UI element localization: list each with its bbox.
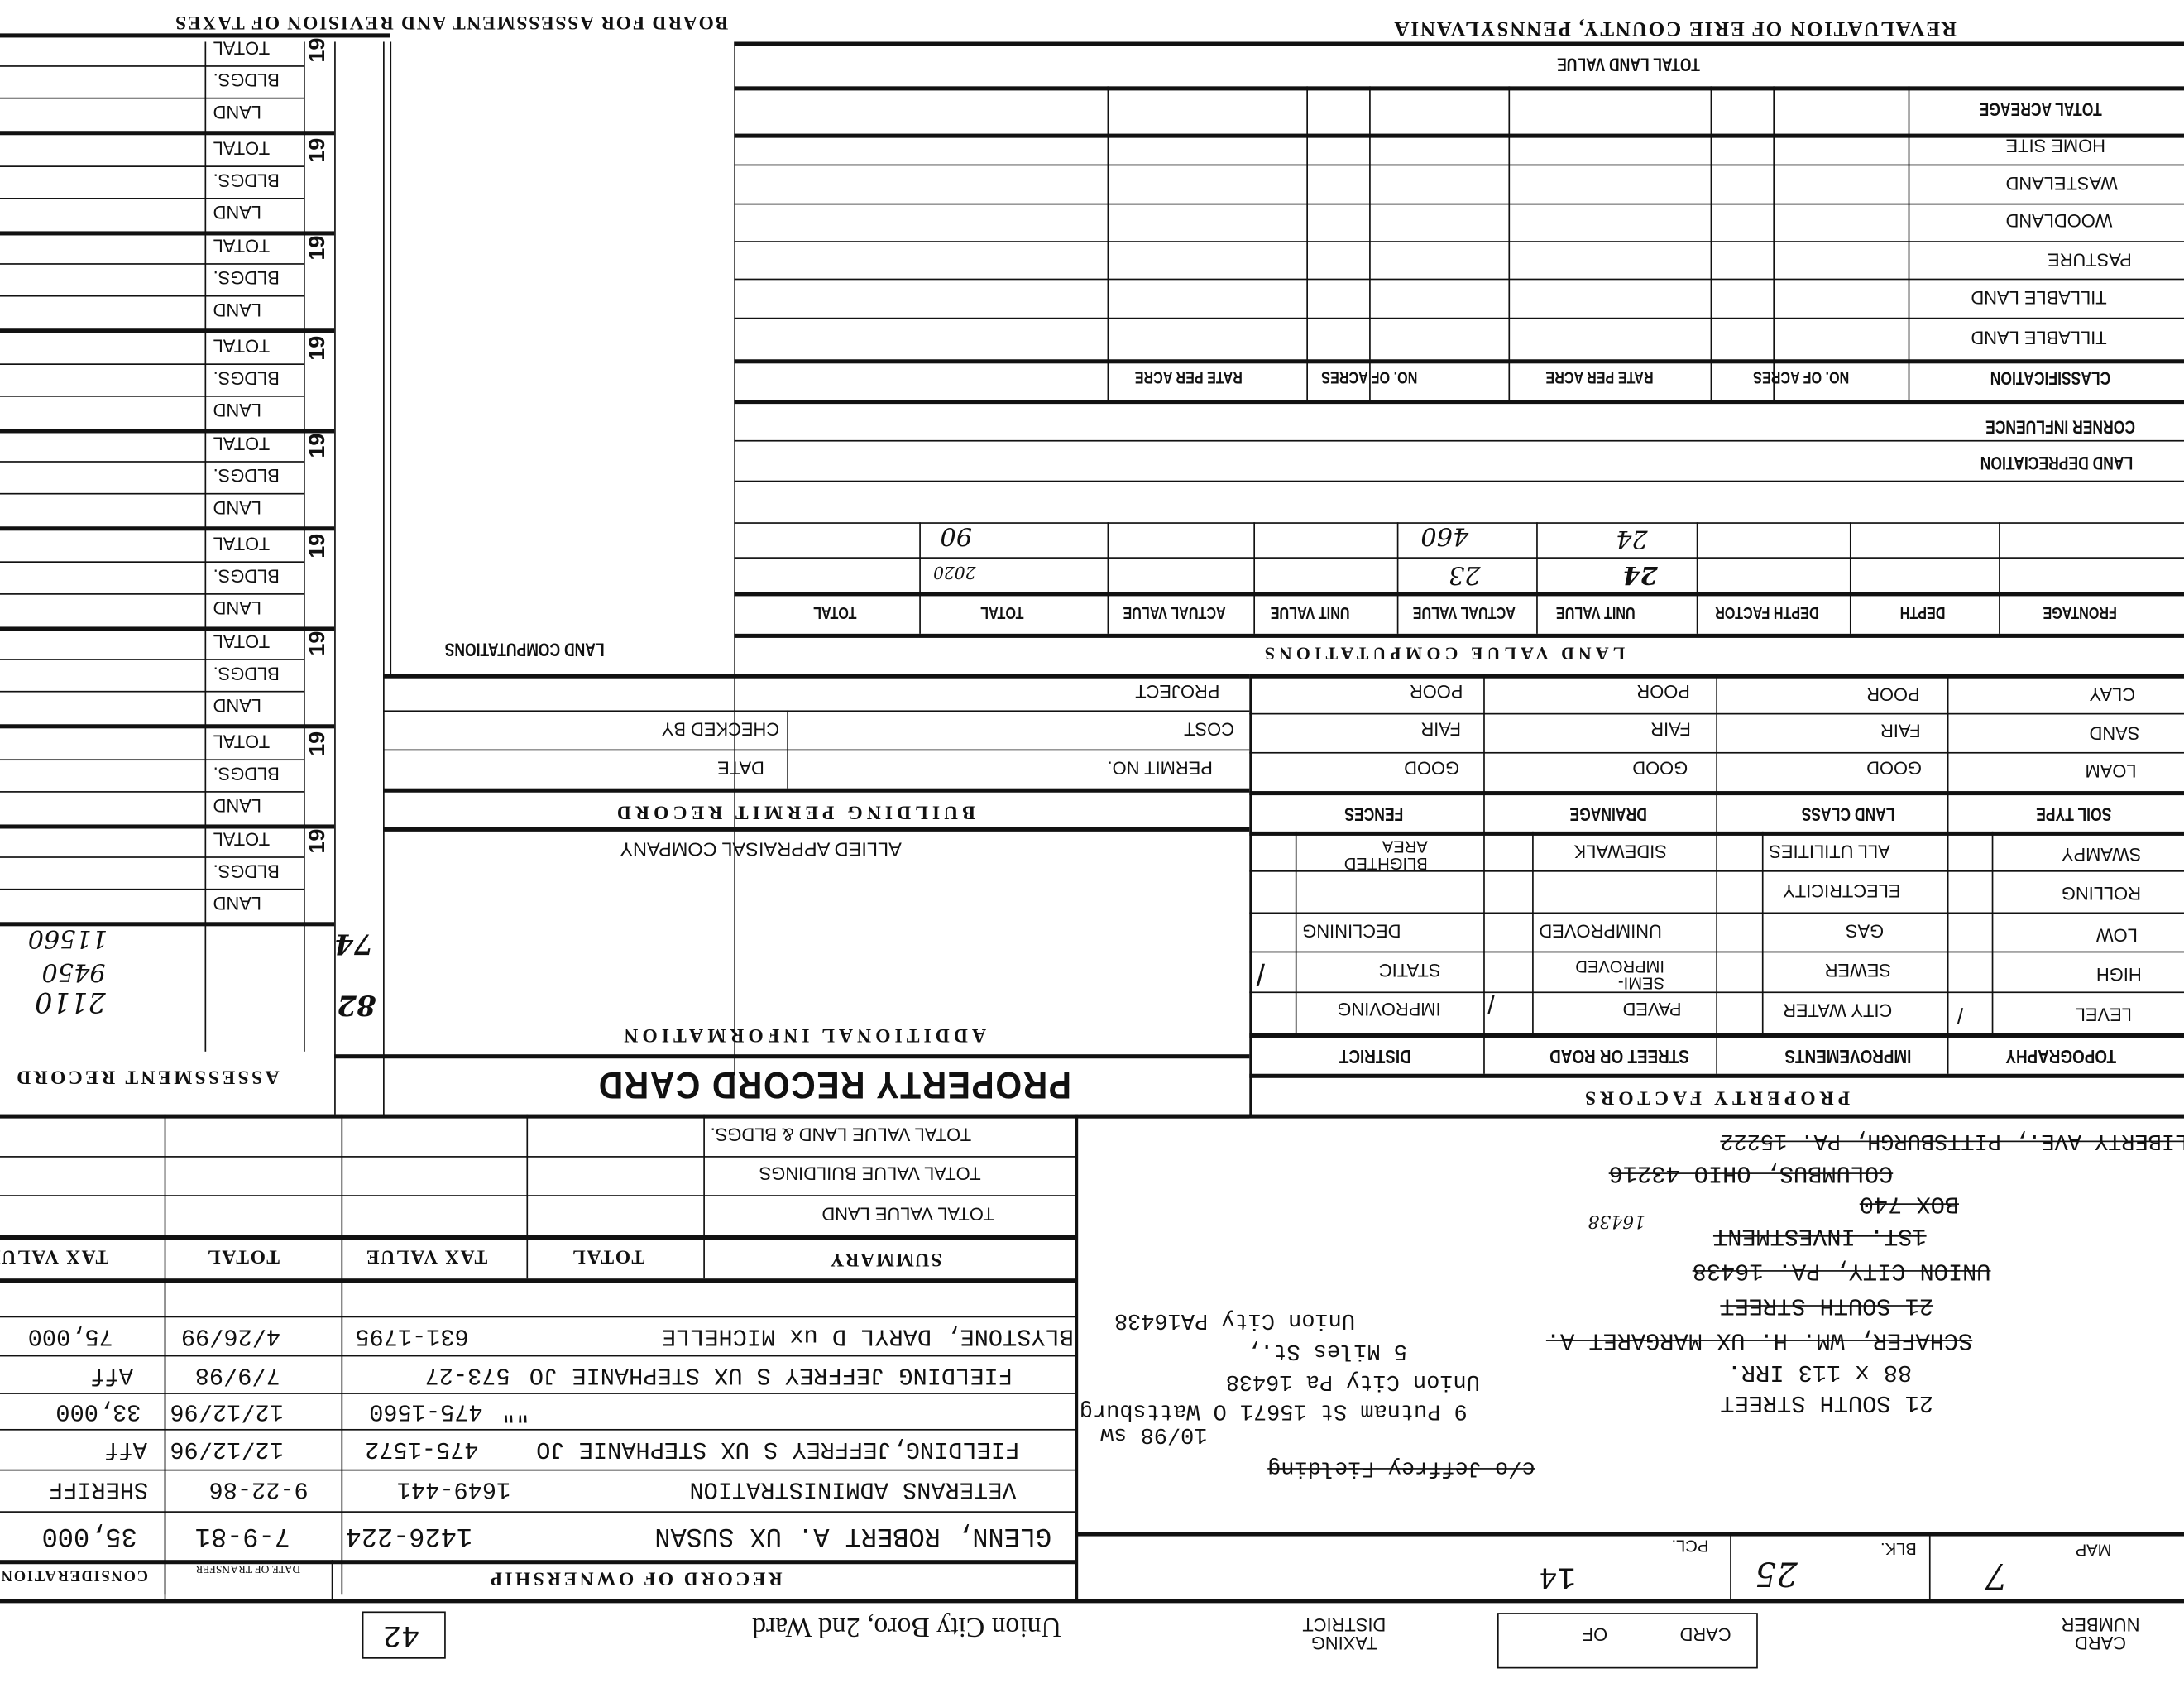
lvc-total-1: 2020 xyxy=(933,564,975,581)
assessment-row-label: TOTAL xyxy=(213,39,271,57)
assessment-year-prefix: 19 xyxy=(308,631,330,656)
row-pasture: PASTURE xyxy=(2047,251,2132,269)
assessment-row-label: BLDGS. xyxy=(213,664,280,683)
ownership-deed: 1649-441 xyxy=(397,1476,510,1500)
street-sidewalk: SIDEWALK xyxy=(1574,842,1667,861)
fences-good: GOOD xyxy=(1404,759,1459,777)
ownership-name: FIELDING,JEFFREY S UX STEPHANIE JO xyxy=(536,1436,1019,1460)
lvc-actual-value-1: 23 xyxy=(1449,561,1481,586)
soil-sand: SAND xyxy=(2090,724,2140,742)
ownership-consideration: 35,000 xyxy=(42,1523,137,1549)
assessment-row-label: LAND xyxy=(213,894,261,913)
ownership-consideration: 75,000 xyxy=(28,1323,113,1347)
assessment-row-label: TOTAL xyxy=(213,632,271,650)
ownership-deed: 1426-224 xyxy=(346,1523,473,1549)
ownership-consideration: 33,000 xyxy=(55,1398,141,1422)
soil-loam: LOAM xyxy=(2085,762,2136,780)
assessment-year-prefix: 19 xyxy=(308,434,330,458)
consideration-header: CONSIDERATION xyxy=(0,1567,148,1583)
assessment-year-prefix: 19 xyxy=(308,336,330,361)
summary-tax-value-header-1: TAX VALUE xyxy=(365,1245,487,1265)
additional-info-title: ADDITIONAL INFORMATION xyxy=(620,1024,986,1043)
landclass-poor: POOR xyxy=(1866,685,1919,703)
assessment-row-label: BLDGS. xyxy=(213,71,280,89)
ownership-name: FIELDING JEFFREY S UX STEPHANIE JO xyxy=(529,1362,1013,1386)
header-rate-per-acre-2: RATE PER ACRE xyxy=(1135,369,1243,386)
company-name: ALLIED APPRAISAL COMPANY xyxy=(620,840,902,860)
assessment-row-label: LAND xyxy=(213,499,261,517)
ownership-name: GLENN, ROBERT A. UX SUSAN xyxy=(654,1523,1051,1549)
impr-gas: GAS xyxy=(1846,922,1884,940)
assessment-row-label: LAND xyxy=(213,697,261,715)
ownership-date: 12/12/96 xyxy=(170,1398,283,1422)
row-woodland: WOODLAND xyxy=(2006,212,2113,230)
row-tillable-land-1: TILLABLE LAND xyxy=(1971,328,2106,347)
header-no-of-acres-1: NO. OF ACRES xyxy=(1753,369,1849,386)
assessment-bldgs-value: 9450 xyxy=(42,958,106,983)
assessment-row-label: TOTAL xyxy=(213,434,271,453)
header-unit-value-2: UNIT VALUE xyxy=(1271,605,1350,621)
header-classification: CLASSIFICATION xyxy=(1990,369,2111,387)
ownership-consideration: SHERIFF xyxy=(49,1476,148,1500)
topo-low: LOW xyxy=(2096,926,2138,944)
header-rate-per-acre-1: RATE PER ACRE xyxy=(1545,369,1653,386)
assessment-year-prefix: 19 xyxy=(308,236,330,261)
stamp-number: 42 xyxy=(383,1618,419,1649)
taxing-district-value: Union City Boro, 2nd Ward xyxy=(752,1613,1061,1641)
header-total-2: TOTAL xyxy=(813,605,856,621)
card-title: PROPERTY RECORD CARD xyxy=(597,1066,1071,1103)
cost-label: COST xyxy=(1184,720,1234,738)
ownership-name: VETERANS ADMINISTRATION xyxy=(689,1476,1016,1500)
current-owner-line: 5 Miles St., xyxy=(1247,1340,1407,1362)
district-static: STATIC xyxy=(1379,961,1441,979)
project-label: PROJECT xyxy=(1135,683,1219,701)
blk-label: BLK. xyxy=(1880,1541,1917,1557)
topography-header: TOPOGRAPHY xyxy=(2005,1048,2116,1067)
summary-tax-value-header-2: TAX VALUE xyxy=(0,1245,108,1265)
summary-total-land-bldgs: TOTAL VALUE LAND & BLDGS. xyxy=(711,1125,971,1144)
assessment-year-prefix: 19 xyxy=(308,38,330,63)
row-home-site: HOME SITE xyxy=(2006,137,2105,155)
lvc-title: LAND VALUE COMPUTATIONS xyxy=(1261,645,1625,663)
header-actual-value-2: ACTUAL VALUE xyxy=(1123,605,1225,621)
assessment-year-82: 82 xyxy=(337,991,376,1019)
row-total-acreage: TOTAL ACREAGE xyxy=(1980,100,2102,118)
row-wasteland: WASTELAND xyxy=(2006,174,2118,192)
soil-clay: CLAY xyxy=(2090,685,2136,703)
assessment-row-label: LAND xyxy=(213,797,261,815)
assessment-row-label: TOTAL xyxy=(213,732,271,750)
district-blighted-area: BLIGHTED AREA xyxy=(1302,838,1428,871)
assessment-year-prefix: 19 xyxy=(308,731,330,756)
card-of-box[interactable]: CARD OF xyxy=(1497,1613,1758,1668)
district-declining: DECLINING xyxy=(1302,922,1401,940)
topo-high: HIGH xyxy=(2096,965,2142,983)
assessment-row-label: LAND xyxy=(213,204,261,222)
date-label: DATE xyxy=(717,759,764,777)
header-unit-value-1: UNIT VALUE xyxy=(1556,605,1636,621)
district-improving: IMPROVING xyxy=(1337,1000,1440,1019)
street-or-road-header: STREET OR ROAD xyxy=(1549,1048,1689,1067)
map-label: MAP xyxy=(2076,1542,2112,1558)
assessment-row-label: LAND xyxy=(213,599,261,617)
header-depth: DEPTH xyxy=(1900,605,1946,621)
handwritten-zip: 16438 xyxy=(1588,1211,1645,1230)
owner-line: 1ST. INVESTMENT xyxy=(1713,1223,1927,1247)
impr-sewer: SEWER xyxy=(1825,961,1891,979)
improvements-header: IMPROVEMENTS xyxy=(1784,1048,1911,1067)
landclass-fair: FAIR xyxy=(1880,722,1921,740)
assessment-row-label: BLDGS. xyxy=(213,269,280,287)
ownership-deed: 475-1560 xyxy=(369,1398,482,1422)
ownership-consideration: Aff xyxy=(104,1436,147,1460)
assessment-year-74: 74 xyxy=(334,930,373,958)
property-address: 21 SOUTH STREET xyxy=(1720,1390,1933,1414)
record-of-ownership-title: RECORD OF OWNERSHIP xyxy=(487,1567,782,1587)
assessment-row-label: BLDGS. xyxy=(213,862,280,880)
summary-total-buildings: TOTAL VALUE BUILDINGS xyxy=(759,1164,981,1182)
assessment-year-prefix: 19 xyxy=(308,534,330,559)
drainage-good: GOOD xyxy=(1632,759,1688,777)
assessment-record-title: ASSESSMENT RECORD xyxy=(14,1066,280,1086)
street-unimproved: UNIMPROVED xyxy=(1539,922,1661,940)
ownership-deed: 475-1572 xyxy=(365,1436,478,1460)
ownership-date: 12/12/96 xyxy=(170,1436,283,1460)
impr-city-water: CITY WATER xyxy=(1783,1001,1892,1019)
ownership-date: 7/9/98 xyxy=(195,1362,280,1386)
assessment-row-label: BLDGS. xyxy=(213,171,280,189)
header-frontage: FRONTAGE xyxy=(2043,605,2117,621)
assessment-row-label: LAND xyxy=(213,103,261,122)
assessment-land-value: 2110 xyxy=(35,989,106,1017)
taxing-district-label: TAXING DISTRICT xyxy=(1288,1616,1400,1652)
check-mark-icon: / xyxy=(1257,958,1265,989)
assessment-row-label: TOTAL xyxy=(213,830,271,848)
assessment-year-prefix: 19 xyxy=(308,138,330,163)
check-mark-icon: / xyxy=(1957,1003,1963,1025)
permit-no-label: PERMIT NO. xyxy=(1108,759,1213,777)
current-owner-line: 9 Putnam St 15671 O Wattsburg xyxy=(1080,1400,1468,1422)
assessment-row-label: TOTAL xyxy=(213,139,271,157)
property-factors-title: PROPERTY FACTORS xyxy=(1581,1086,1850,1106)
landclass-good: GOOD xyxy=(1866,759,1922,777)
lvc-unit-value-2: 24 xyxy=(1616,525,1648,550)
fences-poor: POOR xyxy=(1410,683,1463,701)
pcl-value: 14 xyxy=(1539,1560,1575,1590)
row-tillable-land-2: TILLABLE LAND xyxy=(1971,288,2106,306)
assessment-row-label: BLDGS. xyxy=(213,567,280,585)
pcl-label: PCL. xyxy=(1671,1537,1708,1554)
check-mark-icon: / xyxy=(1487,991,1494,1016)
topo-rolling: ROLLING xyxy=(2062,885,2141,903)
district-header: DISTRICT xyxy=(1339,1048,1411,1067)
summary-total-header-2: TOTAL xyxy=(206,1245,280,1265)
land-class-header: LAND CLASS xyxy=(1802,805,1895,823)
owner-line: 21 SOUTH STREET xyxy=(1720,1292,1933,1316)
drainage-fair: FAIR xyxy=(1650,720,1691,738)
owner-line: UNION CITY, PA. 16438 xyxy=(1693,1258,1991,1282)
checked-by-label: CHECKED BY xyxy=(662,720,779,738)
assessment-row-label: BLDGS. xyxy=(213,467,280,485)
assessment-row-label: TOTAL xyxy=(213,237,271,255)
lvc-unit-value-1: 24 xyxy=(1623,561,1658,586)
card-label: CARD xyxy=(1680,1625,1731,1643)
street-semi-improved: SEMI-IMPROVED xyxy=(1539,958,1664,991)
assessment-total-value: 11560 xyxy=(28,925,108,950)
current-owner-line: Union City PA16438 xyxy=(1114,1309,1355,1331)
current-owner-line: 10/98 sw xyxy=(1100,1423,1207,1446)
county-title: REVALUATION OF ERIE COUNTY, PENNSYLVANIA xyxy=(1393,17,1956,37)
lvc-total-2: 90 xyxy=(940,522,972,547)
street-paved: PAVED xyxy=(1623,1000,1682,1019)
owner-line: COLUMBUS, OHIO 43216 xyxy=(1609,1160,1894,1184)
assessment-row-label: BLDGS. xyxy=(213,369,280,387)
blk-value: 25 xyxy=(1755,1557,1797,1590)
map-value: 7 xyxy=(1985,1557,2008,1594)
ownership-deed: 573-27 xyxy=(425,1362,510,1386)
fences-header: FENCES xyxy=(1344,805,1403,823)
summary-header: SUMMARY xyxy=(829,1248,942,1268)
assessment-year-prefix: 19 xyxy=(308,829,330,854)
board-title: BOARD FOR ASSESSMENT AND REVISION OF TAX… xyxy=(174,11,728,31)
ownership-deed: 631-1795 xyxy=(355,1323,468,1347)
header-actual-value-1: ACTUAL VALUE xyxy=(1413,605,1516,621)
property-dimensions: 88 x 113 IRR. xyxy=(1727,1360,1912,1383)
ownership-date: 7-9-81 xyxy=(195,1523,290,1549)
summary-total-header-1: TOTAL xyxy=(571,1245,644,1265)
ownership-name: "" xyxy=(501,1398,529,1422)
topo-swampy: SWAMPY xyxy=(2062,846,2141,864)
header-total-1: TOTAL xyxy=(980,605,1023,621)
ownership-date: 4/26/99 xyxy=(181,1323,280,1347)
assessment-row-label: TOTAL xyxy=(213,337,271,355)
corner-influence-label: CORNER INFLUENCE xyxy=(1985,418,2135,436)
fences-fair: FAIR xyxy=(1420,720,1461,738)
owner-line: BOX 740 xyxy=(1860,1191,1959,1215)
header-no-of-acres-2: NO. OF ACRES xyxy=(1321,369,1417,386)
owner-line: SCHAFER, WM. H. UX MARGARET A. xyxy=(1546,1327,1972,1351)
ownership-date: 9-22-86 xyxy=(209,1476,309,1500)
date-of-transfer-header: DATE OF TRANSFER xyxy=(179,1563,318,1574)
drainage-poor: POOR xyxy=(1636,683,1689,701)
ownership-consideration: Aff xyxy=(90,1362,133,1386)
of-label: OF xyxy=(1583,1625,1607,1643)
lvc-actual-value-2: 460 xyxy=(1420,522,1468,547)
impr-all-utilities: ALL UTILITIES xyxy=(1769,842,1889,861)
card-number-label: CARD NUMBER xyxy=(2059,1616,2143,1652)
assessment-row-label: BLDGS. xyxy=(213,765,280,783)
current-owner-line: Union City Pa 16438 xyxy=(1226,1370,1480,1393)
land-depreciation-label: LAND DEPRECIATION xyxy=(1980,454,2134,472)
header-depth-factor: DEPTH FACTOR xyxy=(1715,605,1818,621)
current-owner-line-struck: c/o Jeffrey Fielding xyxy=(1267,1457,1535,1479)
assessment-row-label: LAND xyxy=(213,301,261,319)
stamp-box: 42 xyxy=(362,1611,446,1658)
impr-electricity: ELECTRICITY xyxy=(1783,881,1900,899)
topo-level: LEVEL xyxy=(2076,1005,2132,1024)
assessment-row-label: LAND xyxy=(213,401,261,420)
land-computations-title: LAND COMPUTATIONS xyxy=(445,640,605,659)
soil-type-header: SOIL TYPE xyxy=(2036,805,2111,823)
drainage-header: DRAINAGE xyxy=(1569,805,1646,823)
building-permit-title: BUILDING PERMIT RECORD xyxy=(613,801,975,821)
owner-line: 1000 LIBERTY AVE., PITTSBURGH, PA. 15222 xyxy=(1720,1129,2184,1152)
summary-total-land: TOTAL VALUE LAND xyxy=(821,1205,994,1223)
ownership-name: BLYSTONE, DARYL D ux MICHELLE xyxy=(662,1323,1074,1347)
total-land-value-title: TOTAL LAND VALUE xyxy=(1557,55,1700,74)
property-record-card: REVALUATION OF ERIE COUNTY, PENNSYLVANIA… xyxy=(0,0,2184,1688)
assessment-row-label: TOTAL xyxy=(213,535,271,553)
